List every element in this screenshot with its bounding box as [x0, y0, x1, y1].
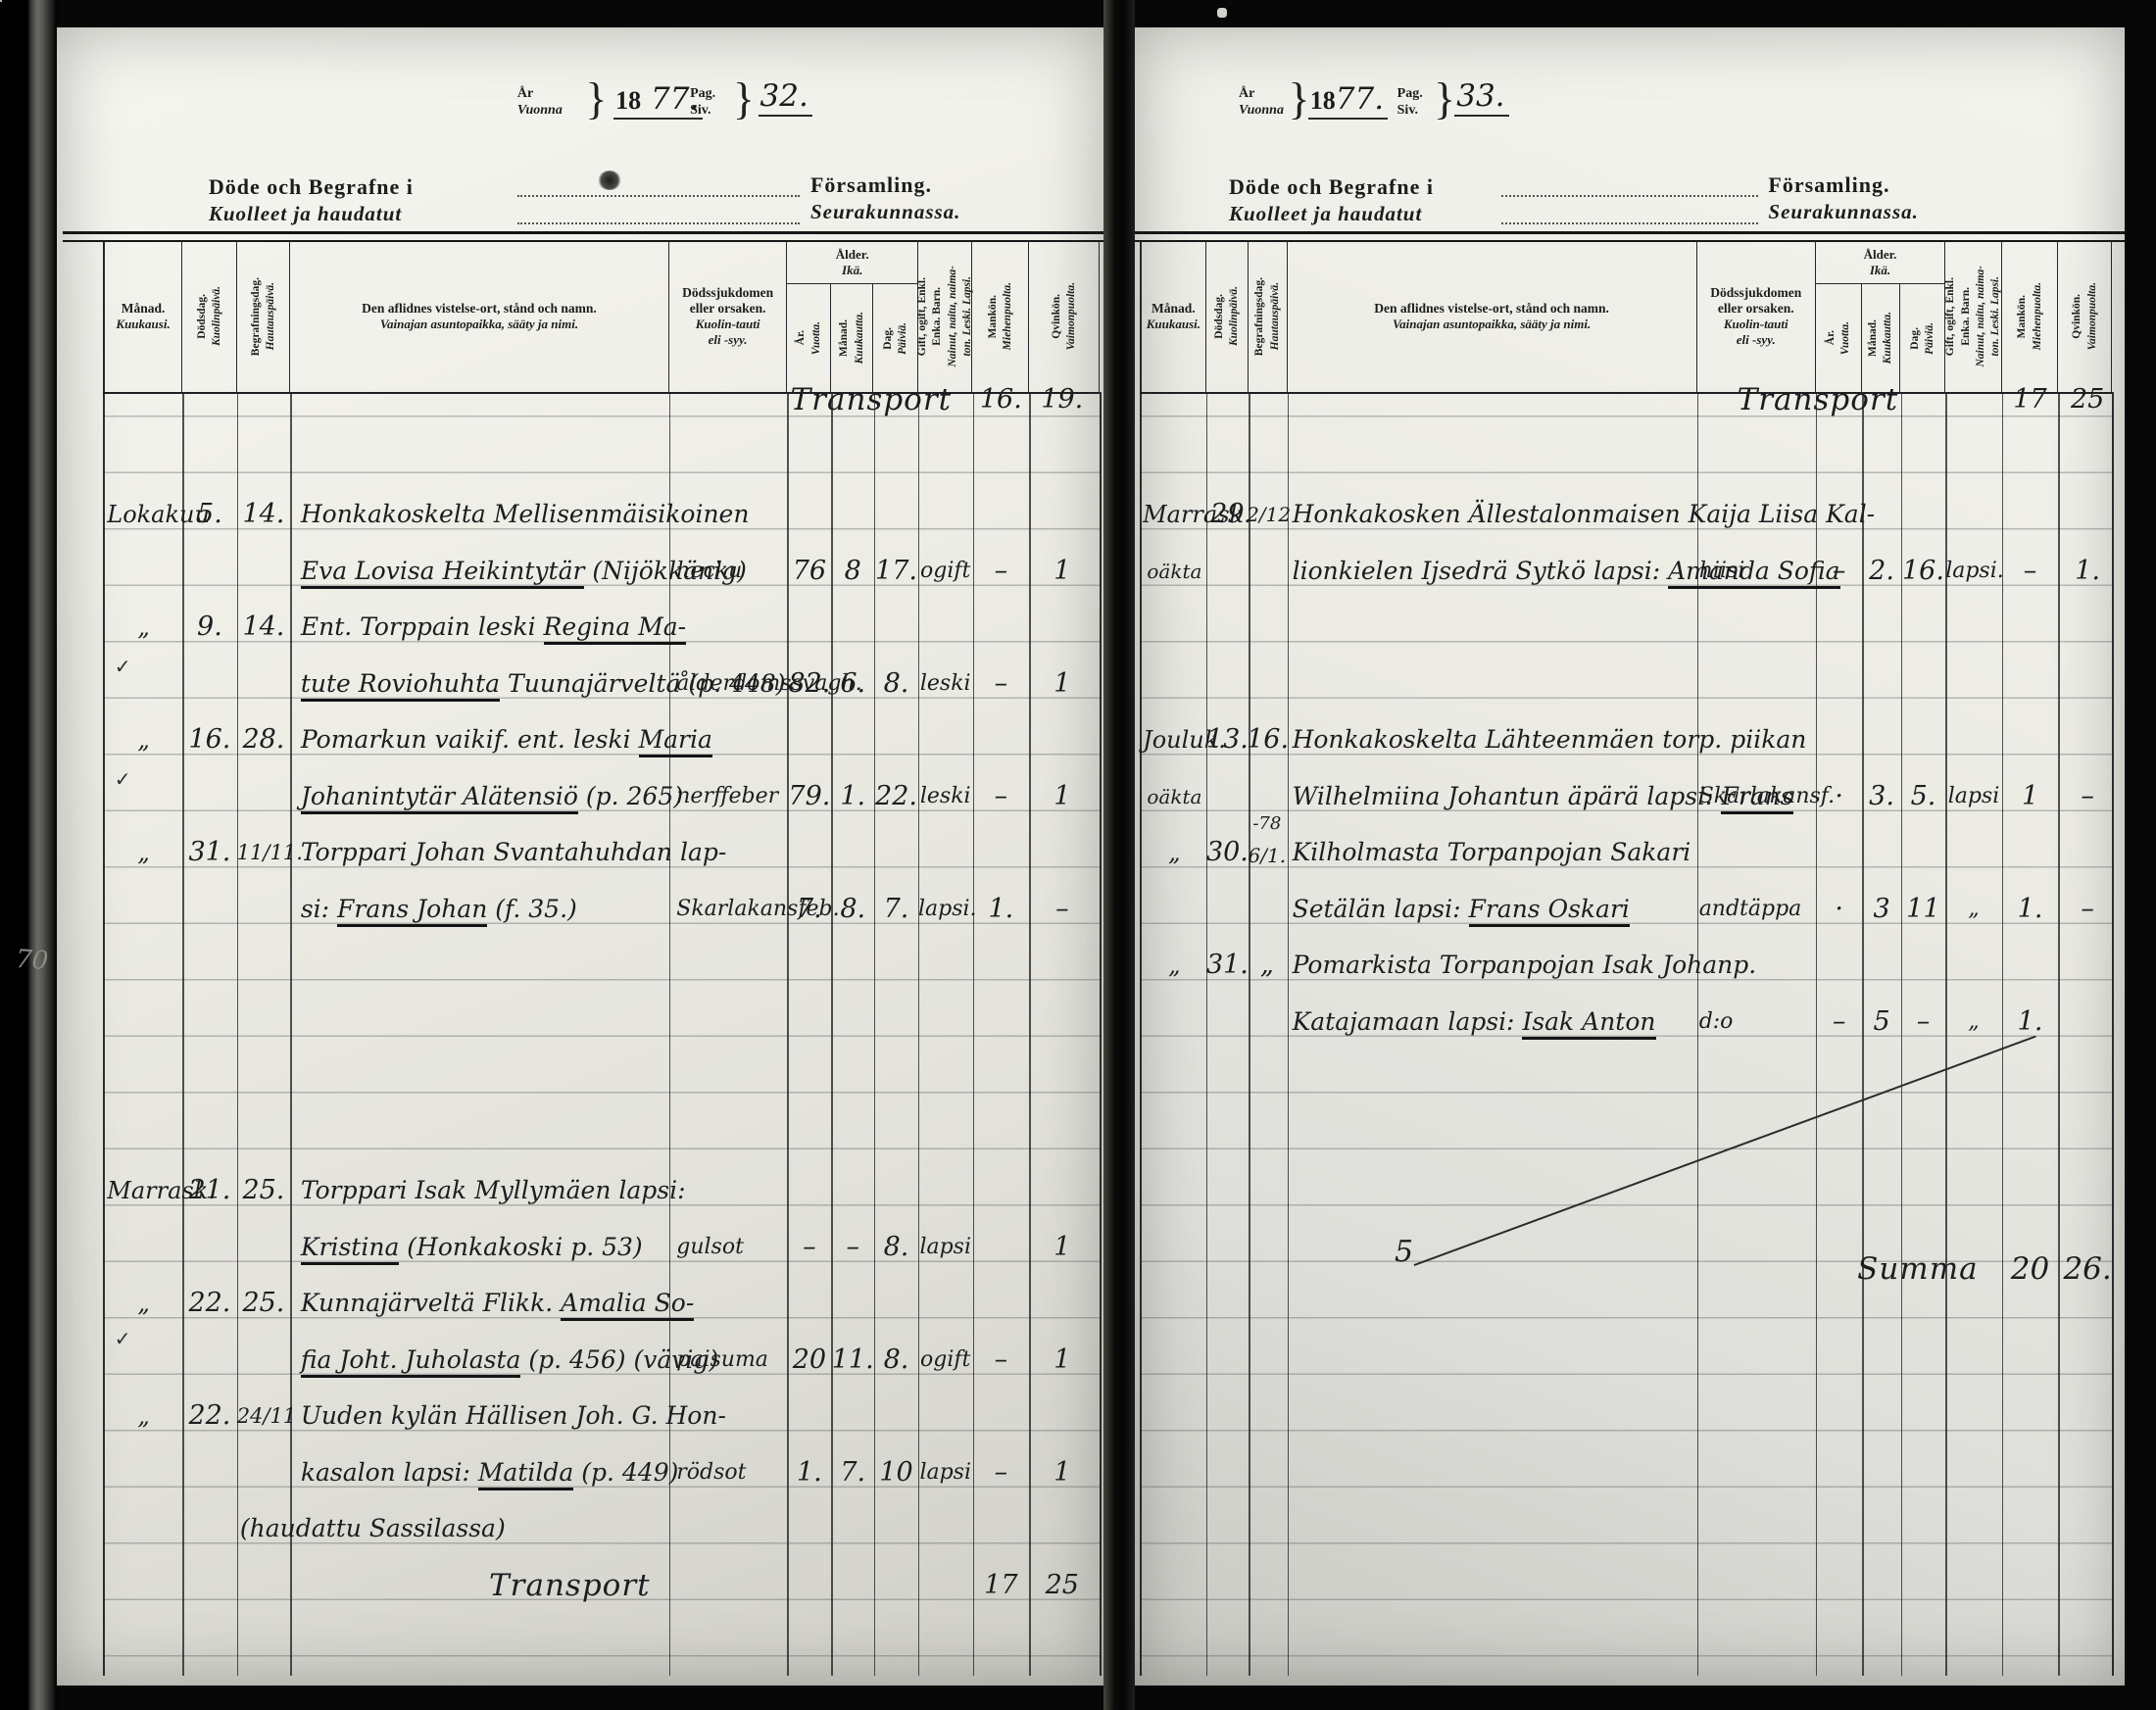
- entry-age-days: 11: [1901, 895, 1945, 924]
- entry-death-day: 5.: [182, 500, 237, 529]
- title-swedish: Döde och Begrafne i: [209, 174, 414, 200]
- film-specks: [0, 0, 2, 2]
- entry-female: 1: [1029, 1345, 1095, 1375]
- entry-age-years: 1.: [787, 1458, 831, 1488]
- transport-label: Transport: [669, 385, 952, 415]
- column-header-death-day: Dödsdag.Kuolinpäivä.: [182, 241, 237, 392]
- transport-female-count: 19.: [1029, 385, 1095, 415]
- transport-female-count: 25: [1029, 1571, 1095, 1600]
- entry-death-day: 30.: [1206, 838, 1249, 867]
- entry-death-day: 13.: [1206, 725, 1249, 755]
- table-left-edge: [1140, 392, 1142, 1676]
- book-binding: [1103, 0, 1135, 1710]
- entry-age-months: 8: [831, 557, 874, 586]
- margin-mark: 5: [1395, 1238, 1413, 1267]
- entry-male: –: [2002, 557, 2059, 586]
- entry-month: „: [107, 1289, 180, 1318]
- title-finnish: Kuolleet ja haudatut: [1229, 202, 1422, 226]
- column-header-male: Mankön.Miehenpuolta.: [973, 241, 1030, 392]
- entry-age-days: 8.: [874, 1233, 918, 1262]
- entry-status: lapsi: [918, 1458, 973, 1488]
- entry-burial-day: 14.: [237, 500, 290, 529]
- entry-status: lapsi: [1945, 782, 2002, 811]
- entry-male: –: [973, 782, 1030, 811]
- column-header-female: Qvinkön.Vaimonpuolta.: [1029, 241, 1100, 392]
- entry-month-note: oäkta: [1143, 557, 1206, 586]
- summa-label: Summa: [1699, 1254, 1986, 1284]
- column-header-cause: Dödssjukdomeneller orsaken.Kuolin-tautie…: [669, 241, 788, 392]
- entry-name-line1: Torppari Johan Svantahuhdan lap-: [301, 838, 727, 867]
- entry-female: 1.: [2058, 557, 2117, 586]
- column-header-month: Månad.Kuukausi.: [103, 241, 182, 392]
- entry-burial-day: 11/11.: [237, 838, 290, 867]
- entry-age-months: 6.: [831, 669, 874, 699]
- entry-age-days: 7.: [874, 895, 918, 924]
- column-header-age-months: Månad.Kuukautta.: [831, 284, 873, 392]
- entry-female: –: [1029, 895, 1095, 924]
- column-divider: [290, 392, 291, 1676]
- entry-month: „: [1143, 951, 1206, 980]
- entry-cause: nerffeber: [676, 782, 778, 811]
- entry-burial-day: 28.: [237, 725, 290, 755]
- transport-male-count: 16.: [973, 385, 1030, 415]
- entry-name-line1: Ent. Torppain leski Regina Ma-: [301, 612, 686, 642]
- entry-name-line2: Johanintytär Alätensiö (p. 265): [301, 782, 683, 811]
- entry-male: –: [973, 557, 1030, 586]
- entry-burial-day: 14.: [237, 612, 290, 642]
- year-label: ÅrVuonna: [1239, 86, 1284, 120]
- entry-month: Marrask.: [1143, 500, 1206, 529]
- entry-death-day: 31.: [1206, 951, 1249, 980]
- entry-month: „: [107, 1401, 180, 1431]
- column-divider: [1288, 392, 1289, 1676]
- entry-name-line2: si: Frans Johan (f. 35.): [301, 895, 577, 924]
- entry-name-line2: Kristina (Honkakoski p. 53): [301, 1233, 643, 1262]
- entry-age-days: 17.: [874, 557, 918, 586]
- entry-age-days: 8.: [874, 1345, 918, 1375]
- entry-death-day: 31.: [182, 838, 237, 867]
- entry-name-line1: Honkakoskelta Mellisenmäisikoinen: [301, 500, 750, 529]
- entry-month: „: [1143, 838, 1206, 867]
- entry-status: leski: [918, 669, 973, 699]
- entry-age-days: 16.: [1901, 557, 1945, 586]
- entry-name-line1: Uuden kylän Hällisen Joh. G. Hon-: [301, 1401, 726, 1431]
- entry-female: –: [2058, 895, 2117, 924]
- column-header-age-years: År.Vuotta.: [1816, 284, 1862, 392]
- summa-female-count: 26.: [2058, 1254, 2117, 1284]
- title-finnish: Kuolleet ja haudatut: [209, 202, 402, 226]
- entry-death-day: 16.: [182, 725, 237, 755]
- entry-age-years: 7.: [787, 895, 831, 924]
- table-left-edge: [103, 392, 105, 1676]
- entry-male: 1.: [2002, 895, 2059, 924]
- column-header-burial-day: Begrafningsdag.Hautauspäivä.: [237, 241, 290, 392]
- entry-age-months: 2.: [1862, 557, 1900, 586]
- entry-death-day: 29: [1206, 500, 1249, 529]
- entry-age-days: 5.: [1901, 782, 1945, 811]
- entry-death-day: 21.: [182, 1176, 237, 1205]
- scanned-register-page: { "document_type": "Parish death and bur…: [0, 0, 2156, 1710]
- entry-age-years: –: [787, 1233, 831, 1262]
- brace-glyph: }: [733, 76, 755, 122]
- title-swedish-right: Församling.: [810, 172, 932, 198]
- transport-label: Transport: [1709, 385, 1927, 415]
- entry-name-line1: Kunnajärveltä Flikk. Amalia So-: [301, 1289, 694, 1318]
- entry-status: lapsi.: [918, 895, 973, 924]
- left-page: ÅrVuonna } 18 77. Pag.Siv. } 32. Döde oc…: [57, 27, 1103, 1686]
- column-header-age-months: Månad.Kuukautta.: [1862, 284, 1900, 392]
- entry-status: lapsi: [918, 1233, 973, 1262]
- check-mark: ✓: [115, 1327, 131, 1350]
- entry-age-years: 76: [787, 557, 831, 586]
- column-header-civil-status: Gift, ogift, Enkl.Enka. Barn.Nainut, nai…: [1945, 241, 2002, 392]
- right-page: ÅrVuonna } 1877. Pag.Siv. } 33. Döde och…: [1135, 27, 2125, 1686]
- entry-female: 1: [1029, 557, 1095, 586]
- column-header-death-day: Dödsdag.Kuolinpäivä.: [1206, 241, 1249, 392]
- entry-status: ogift: [918, 1345, 973, 1375]
- entry-cause: Skarlakansf.: [1699, 782, 1835, 811]
- transport-female-count: 25: [2058, 385, 2117, 415]
- entry-male: –: [973, 669, 1030, 699]
- entry-month: „: [107, 725, 180, 755]
- column-header-age-days: Dag.Päiviä.: [873, 284, 917, 392]
- column-header-age-group: Ålder.Ikä. År.Vuotta. Månad.Kuukautta. D…: [787, 241, 918, 392]
- column-header-cause: Dödssjukdomeneller orsaken.Kuolin-tautie…: [1697, 241, 1816, 392]
- entry-name-line1: Pomarkun vaikif. ent. leski Maria: [301, 725, 712, 755]
- entry-name-line2: fia Joht. Juholasta (p. 456) (vävig): [301, 1345, 718, 1375]
- year-value: 1877.: [1308, 81, 1388, 120]
- column-divider: [1249, 392, 1249, 1676]
- entry-month: Lokakuu: [107, 500, 180, 529]
- title-fill-line: [1501, 194, 1759, 197]
- page-label: Pag.Siv.: [1397, 86, 1423, 120]
- title-finnish-right: Seurakunnassa.: [1768, 200, 1918, 224]
- check-mark: ✓: [115, 767, 131, 791]
- entry-name-line2: lionkielen Ijsedrä Sytkö lapsi: Amanda S…: [1293, 557, 1840, 586]
- film-edge: [0, 0, 57, 1710]
- entry-burial-day: 24/11: [237, 1401, 290, 1431]
- entry-name-line1: Pomarkista Torpanpojan Isak Johanp.: [1293, 951, 1757, 980]
- entry-age-months: 3: [1862, 895, 1900, 924]
- entry-age-months: 3.: [1862, 782, 1900, 811]
- entry-month: Marrask.: [107, 1176, 180, 1205]
- brace-glyph: }: [1434, 76, 1455, 122]
- column-header-age-group: Ålder.Ikä. År.Vuotta. Månad.Kuukautta. D…: [1816, 241, 1945, 392]
- entry-age-months: 8.: [831, 895, 874, 924]
- entry-age-days: 10: [874, 1458, 918, 1488]
- entry-cause: andtäppa: [1699, 895, 1802, 924]
- column-divider: [237, 392, 238, 1676]
- entry-age-months: 5: [1862, 1007, 1900, 1037]
- entry-name-line2: kasalon lapsi: Matilda (p. 449): [301, 1458, 679, 1488]
- entry-female: 1: [1029, 1458, 1095, 1488]
- entry-burial-day: 2/12: [1247, 500, 1287, 529]
- entry-age-days: 22.: [874, 782, 918, 811]
- entry-name-line1: Torppari Isak Myllymäen lapsi:: [301, 1176, 686, 1205]
- title-finnish-right: Seurakunnassa.: [810, 200, 960, 224]
- column-header-age-days: Dag.Päiviä.: [1900, 284, 1944, 392]
- entry-age-days: 8.: [874, 669, 918, 699]
- entry-burial-day: 25.: [237, 1176, 290, 1205]
- entry-burial-day: 16.: [1247, 725, 1287, 755]
- entry-name-line2: Setälän lapsi: Frans Oskari: [1293, 895, 1630, 924]
- entry-burial-day: 6/1.: [1247, 841, 1287, 870]
- entry-age-years: 20: [787, 1345, 831, 1375]
- column-divider: [182, 392, 183, 1676]
- entry-age-months: –: [831, 1233, 874, 1262]
- title-fill-line: [1501, 221, 1759, 224]
- entry-month: „: [107, 838, 180, 867]
- entry-age-years: ·: [1816, 782, 1862, 811]
- entry-female: 1: [1029, 782, 1095, 811]
- summa-male-count: 20: [2002, 1254, 2059, 1284]
- column-header-burial-day: Begrafningsdag.Hautauspäivä.: [1249, 241, 1287, 392]
- column-header-civil-status: Gift, ogift, Enkl.Enka. Barn.Nainut, nai…: [918, 241, 973, 392]
- entry-status: leski: [918, 782, 973, 811]
- column-header-female: Qvinkön.Vaimonpuolta.: [2058, 241, 2112, 392]
- entry-male: 1: [2002, 782, 2059, 811]
- transport-male-count: 17: [973, 1571, 1030, 1600]
- entry-cause: rödsot: [676, 1458, 746, 1488]
- transport-label: Transport: [455, 1571, 685, 1600]
- entry-age-months: 11.: [831, 1345, 874, 1375]
- title-fill-line: [517, 194, 800, 197]
- column-header-name: Den aflidnes vistelse-ort, stånd och nam…: [1288, 241, 1697, 392]
- entry-death-day: 22.: [182, 1401, 237, 1431]
- column-header-male: Mankön.Miehenpuolta.: [2002, 241, 2059, 392]
- entry-female: –: [2058, 782, 2117, 811]
- entry-age-months: 1.: [831, 782, 874, 811]
- entry-name-line1: Kilholmasta Torpanpojan Sakari: [1293, 838, 1691, 867]
- entry-name-line3: (haudattu Sassilassa): [240, 1514, 506, 1543]
- entry-name-line2: Katajamaan lapsi: Isak Anton: [1293, 1007, 1656, 1037]
- table-right-edge: [1100, 392, 1102, 1676]
- entry-burial-day: 25.: [237, 1289, 290, 1318]
- column-header-age-years: År.Vuotta.: [787, 284, 831, 392]
- entry-age-months: 7.: [831, 1458, 874, 1488]
- entry-month: Jouluk.: [1143, 725, 1206, 755]
- title-swedish: Döde och Begrafne i: [1229, 174, 1434, 200]
- entry-male: –: [973, 1458, 1030, 1488]
- brace-glyph: }: [585, 76, 607, 122]
- entry-cause: gulsot: [676, 1233, 744, 1262]
- entry-month: „: [107, 612, 180, 642]
- column-header-name: Den aflidnes vistelse-ort, stånd och nam…: [290, 241, 669, 392]
- entry-male: 1.: [2002, 1007, 2059, 1037]
- entry-age-years: –: [1816, 1007, 1862, 1037]
- entry-burial-day: „: [1247, 951, 1287, 980]
- column-divider: [1206, 392, 1207, 1676]
- entry-female: 1: [1029, 1233, 1095, 1262]
- entry-age-days: –: [1901, 1007, 1945, 1037]
- ink-blot: [598, 171, 621, 190]
- entry-status: „: [1945, 1007, 2002, 1037]
- page-label: Pag.Siv.: [690, 86, 715, 120]
- entry-death-day: 22.: [182, 1289, 237, 1318]
- column-header-month: Månad.Kuukausi.: [1140, 241, 1206, 392]
- film-margin-mark: 70: [15, 945, 49, 976]
- brace-glyph: }: [1289, 76, 1310, 122]
- page-value: 33.: [1454, 78, 1508, 117]
- entry-age-years: 79.: [787, 782, 831, 811]
- entry-status: ogift: [918, 557, 973, 586]
- entry-status: „: [1945, 895, 2002, 924]
- title-fill-line: [517, 221, 800, 224]
- entry-name-line1: Honkakosken Ällestalonmaisen Kaija Liisa…: [1293, 500, 1876, 529]
- title-swedish-right: Församling.: [1768, 172, 1889, 198]
- entry-month-note: oäkta: [1143, 782, 1206, 811]
- entry-cause: paisuma: [676, 1345, 768, 1375]
- entry-male: –: [973, 1345, 1030, 1375]
- entry-female: 1: [1029, 669, 1095, 699]
- entry-age-years: –: [1816, 557, 1862, 586]
- page-value: 32.: [759, 78, 812, 117]
- entry-status: lapsi.: [1945, 557, 2002, 586]
- year-label: ÅrVuonna: [517, 86, 563, 120]
- transport-male-count: 17: [2002, 385, 2059, 415]
- entry-male: 1.: [973, 895, 1030, 924]
- entry-cause: d:o: [1699, 1007, 1734, 1037]
- check-mark: ✓: [115, 655, 131, 678]
- entry-name-line1: Honkakoskelta Lähteenmäen torp. piikan: [1293, 725, 1807, 755]
- entry-cause: hiisi: [1699, 557, 1745, 586]
- entry-burial-year-note: -78: [1247, 809, 1287, 839]
- entry-cause: hecku: [676, 557, 742, 586]
- entry-death-day: 9.: [182, 612, 237, 642]
- entry-age-years: 82.: [787, 669, 831, 699]
- entry-age-years: ·: [1816, 895, 1862, 924]
